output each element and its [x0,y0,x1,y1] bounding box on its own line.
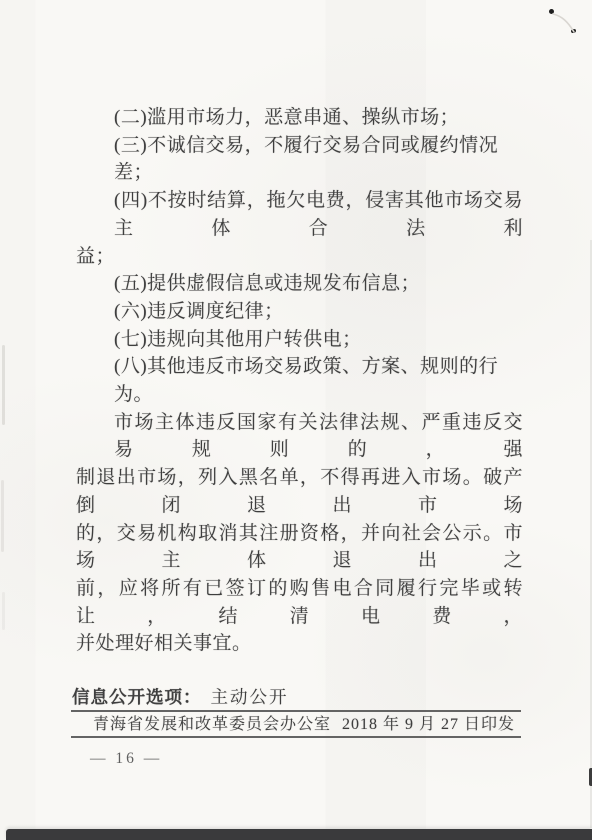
body-line: (四)不按时结算，拖欠电费，侵害其他市场交易主体合法利 [76,187,523,242]
scanned-document-page: (二)滥用市场力，恶意串通、操纵市场；(三)不诚信交易，不履行交易合同或履约情况… [0,0,592,840]
scan-squiggle-mark [548,8,580,36]
footer-divider-bottom [71,736,521,738]
disclosure-row: 信息公开选项：主动公开 [72,686,520,708]
body-text: (二)滥用市场力，恶意串通、操纵市场；(三)不诚信交易，不履行交易合同或履约情况… [76,104,523,658]
scan-left-smudge [2,592,5,630]
body-line: (八)其他违反市场交易政策、方案、规则的行为。 [76,353,523,408]
scan-left-smudge [1,480,4,552]
body-line: (五)提供虚假信息或违规发布信息； [76,270,523,298]
disclosure-value: 主动公开 [211,687,289,707]
scan-left-smudge [2,345,5,425]
body-line: 制退出市场，列入黑名单，不得再进入市场。破产倒闭退出市场 [76,464,523,519]
body-line: (三)不诚信交易，不履行交易合同或履约情况差； [76,132,523,187]
page-number: — 16 — [90,750,162,768]
body-line: 益； [76,243,523,271]
print-date: 2018 年 9 月 27 日印发 [342,714,515,735]
body-line: 市场主体违反国家有关法律法规、严重违反交易规则的，强 [76,409,523,464]
scan-bottom-edge [6,829,592,840]
body-line: (七)违规向其他用户转供电； [76,326,523,354]
body-line: 前，应将所有已签订的购售电合同履行完毕或转让，结清电费， [76,575,523,630]
body-line: (二)滥用市场力，恶意串通、操纵市场； [76,104,523,132]
issuer-name: 青海省发展和改革委员会办公室 [93,714,331,735]
body-line: (六)违反调度纪律； [76,298,523,326]
body-line: 并处理好相关事宜。 [76,630,523,658]
body-line: 的，交易机构取消其注册资格，并向社会公示。市场主体退出之 [76,520,523,575]
issuer-row: 青海省发展和改革委员会办公室 2018 年 9 月 27 日印发 [71,714,521,735]
footer-divider-top [71,710,521,712]
disclosure-label: 信息公开选项： [72,687,202,707]
